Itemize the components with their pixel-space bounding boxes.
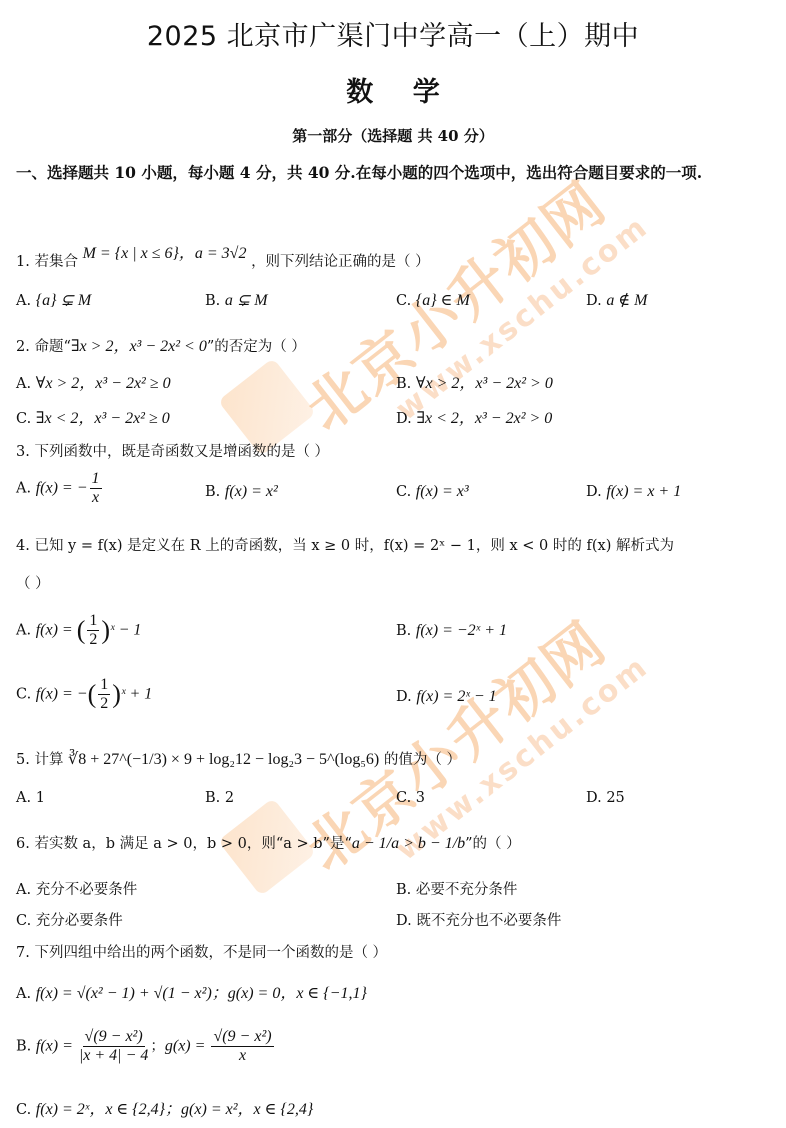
question-number: 2. (16, 339, 30, 355)
q3-option-c: C. f(x) = x³ (396, 483, 469, 501)
option-label: D. (586, 293, 602, 309)
q4-option-b: B. f(x) = −2ˣ + 1 (396, 622, 507, 640)
exam-page: 北京小升初网 www.xschu.com 北京小升初网 www.xschu.co… (0, 0, 786, 1128)
option-label: D. (586, 484, 602, 500)
fraction: 1x (90, 470, 102, 507)
question-stem: 下列四组中给出的两个函数，不是同一个函数的是（ ） (34, 945, 387, 961)
option-math: f(x) = √(x² − 1) + √(1 − x²)；g(x) = 0，x … (36, 985, 367, 1002)
option-label: B. (16, 1039, 31, 1055)
question-7: 7. 下列四组中给出的两个函数，不是同一个函数的是（ ） (16, 941, 387, 962)
option-math: f(x) = x + 1 (606, 483, 681, 500)
q5-option-b: B. 2 (205, 790, 234, 806)
question-stem-prefix: 命题“ (34, 339, 70, 355)
option-label: A. (16, 481, 31, 497)
option-label: A. (16, 376, 31, 392)
option-label: A. (16, 986, 31, 1002)
question-4: 4. 已知 y = f(x) 是定义在 R 上的奇函数，当 x ≥ 0 时，f(… (16, 534, 674, 555)
option-math: f(x) = − (36, 686, 88, 703)
question-stem: 下列函数中，既是奇函数又是增函数的是（ ） (34, 444, 329, 460)
paren-open: ( (88, 680, 97, 709)
option-math-g: g(x) = (165, 1038, 210, 1055)
q3-option-a: A. f(x) = −1x (16, 470, 104, 507)
option-label: C. (16, 913, 31, 929)
q2-option-c: C. ∃x < 2，x³ − 2x² ≥ 0 (16, 405, 170, 428)
option-label: B. (396, 882, 411, 898)
option-label: B. (205, 293, 220, 309)
option-value: 25 (606, 790, 624, 806)
option-label: D. (396, 411, 412, 427)
q4-option-d: D. f(x) = 2ˣ − 1 (396, 688, 497, 706)
option-label: C. (16, 687, 31, 703)
option-math: f(x) = (36, 622, 77, 639)
q5-option-d: D. 25 (586, 790, 625, 806)
q5-option-a: A. 1 (16, 790, 45, 806)
question-number: 4. (16, 538, 30, 554)
question-number: 3. (16, 444, 30, 460)
question-4-blank: （ ） (16, 572, 50, 593)
paren-close: ) (101, 616, 110, 645)
q5-option-c: C. 3 (396, 790, 425, 806)
question-math: ∛8 + 27^(−1/3) × 9 + log₂12 − log₂3 − 5^… (68, 751, 379, 768)
paren-open: ( (77, 616, 86, 645)
option-label: D. (586, 790, 602, 806)
option-math: a ⊊ M (225, 292, 268, 309)
option-label: C. (396, 293, 411, 309)
option-math: f(x) = 2ˣ，x ∈ {2,4}；g(x) = x²，x ∈ {2,4} (36, 1101, 313, 1118)
option-label: B. (205, 484, 220, 500)
q4-option-a: A. f(x) = (12)ˣ − 1 (16, 612, 141, 649)
question-number: 6. (16, 836, 30, 852)
option-label: B. (396, 623, 411, 639)
option-math-f: f(x) = (36, 1038, 77, 1055)
question-3: 3. 下列函数中，既是奇函数又是增函数的是（ ） (16, 440, 329, 461)
question-number: 5. (16, 752, 30, 768)
option-label: D. (396, 913, 412, 929)
fraction-numerator: 1 (98, 676, 110, 695)
fraction-denominator: x (92, 489, 99, 507)
question-stem-prefix: 计算 (34, 752, 63, 768)
fraction-denominator: 2 (100, 695, 108, 713)
fraction: 12 (98, 676, 110, 713)
fraction: 12 (87, 612, 99, 649)
option-label: A. (16, 623, 31, 639)
option-label: C. (16, 411, 31, 427)
option-math: ∃x < 2，x³ − 2x² > 0 (416, 410, 552, 427)
watermark-url: www.xschu.com (389, 209, 655, 428)
option-text: 必要不充分条件 (416, 882, 518, 898)
q6-option-d: D. 既不充分也不必要条件 (396, 909, 561, 930)
option-text: 充分必要条件 (36, 913, 123, 929)
q1-option-a: A. {a} ⊊ M (16, 290, 91, 310)
fraction-numerator: 1 (90, 470, 102, 489)
option-math: f(x) = − (36, 480, 88, 497)
option-math: a ∉ M (606, 292, 647, 309)
question-stem-suffix: ”的否定为（ ） (207, 339, 306, 355)
fraction-denominator: 2 (89, 631, 97, 649)
q7-option-b: B. f(x) = √(9 − x²)|x + 4| − 4；g(x) = √(… (16, 1028, 276, 1065)
option-text: 既不充分也不必要条件 (416, 913, 561, 929)
option-math: f(x) = x³ (416, 483, 469, 500)
option-label: A. (16, 293, 31, 309)
question-stem-suffix: 的值为（ ） (384, 752, 461, 768)
option-label: C. (396, 484, 411, 500)
question-math: ∃x > 2，x³ − 2x² < 0 (71, 338, 207, 355)
q6-option-c: C. 充分必要条件 (16, 909, 123, 930)
q4-option-c: C. f(x) = −(12)ˣ + 1 (16, 676, 152, 713)
option-label: C. (16, 1102, 31, 1118)
option-label: A. (16, 882, 31, 898)
exam-title: 2025 北京市广渠门中学高一（上）期中 (0, 14, 786, 53)
option-math: ∀x > 2，x³ − 2x² > 0 (416, 375, 553, 392)
q6-option-b: B. 必要不充分条件 (396, 878, 517, 899)
question-number: 1. (16, 254, 30, 270)
q3-option-d: D. f(x) = x + 1 (586, 483, 681, 501)
q6-option-a: A. 充分不必要条件 (16, 878, 137, 899)
q2-option-a: A. ∀x > 2，x³ − 2x² ≥ 0 (16, 370, 171, 393)
question-2: 2. 命题“∃x > 2，x³ − 2x² < 0”的否定为（ ） (16, 333, 306, 356)
question-stem-prefix: 若实数 a，b 满足 a > 0，b > 0，则“a > b”是“ (34, 836, 351, 852)
separator: ； (150, 1039, 165, 1055)
option-math: ∃x < 2，x³ − 2x² ≥ 0 (36, 410, 170, 427)
option-math-tail: ˣ + 1 (121, 686, 152, 703)
option-label: A. (16, 790, 31, 806)
q2-option-d: D. ∃x < 2，x³ − 2x² > 0 (396, 405, 552, 428)
option-math: f(x) = −2ˣ + 1 (416, 622, 507, 639)
exam-subject: 数 学 (0, 70, 786, 109)
q3-option-b: B. f(x) = x² (205, 483, 278, 501)
question-stem-suffix: ，则下列结论正确的是（ ） (251, 254, 430, 270)
q2-option-b: B. ∀x > 2，x³ − 2x² > 0 (396, 370, 553, 393)
fraction-numerator: √(9 − x²) (211, 1028, 273, 1047)
q1-option-d: D. a ∉ M (586, 290, 648, 310)
option-math-tail: ˣ − 1 (110, 622, 141, 639)
paren-close: ) (112, 680, 121, 709)
question-stem-prefix: 若集合 (34, 254, 78, 270)
question-6: 6. 若实数 a，b 满足 a > 0，b > 0，则“a > b”是“a − … (16, 832, 521, 853)
question-math: a − 1/a > b − 1/b (352, 835, 465, 852)
question-1: 1. 若集合 M = {x | x ≤ 6}，a = 3√2 ，则下列结论正确的… (16, 248, 430, 271)
question-math: M = {x | x ≤ 6}，a = 3√2 (83, 245, 247, 262)
option-label: B. (205, 790, 220, 806)
question-number: 7. (16, 945, 30, 961)
fraction-denominator: |x + 4| − 4 (79, 1047, 149, 1065)
option-math: {a} ∈ M (416, 292, 470, 309)
q7-option-c: C. f(x) = 2ˣ，x ∈ {2,4}；g(x) = x²，x ∈ {2,… (16, 1096, 313, 1119)
option-math: {a} ⊊ M (36, 292, 92, 309)
fraction-numerator: √(9 − x²) (83, 1028, 145, 1047)
section-instruction: 一、选择题共 10 小题，每小题 4 分，共 40 分.在每小题的四个选项中，选… (16, 155, 776, 191)
fraction-g: √(9 − x²)x (211, 1028, 273, 1065)
option-value: 3 (416, 790, 425, 806)
q7-option-a: A. f(x) = √(x² − 1) + √(1 − x²)；g(x) = 0… (16, 980, 367, 1003)
option-label: B. (396, 376, 411, 392)
option-label: D. (396, 689, 412, 705)
fraction-numerator: 1 (87, 612, 99, 631)
part-heading: 第一部分（选择题 共 40 分） (0, 125, 786, 146)
q1-option-b: B. a ⊊ M (205, 290, 268, 310)
question-stem: 已知 y = f(x) 是定义在 R 上的奇函数，当 x ≥ 0 时，f(x) … (34, 538, 674, 554)
option-label: C. (396, 790, 411, 806)
fraction-f: √(9 − x²)|x + 4| − 4 (79, 1028, 149, 1065)
question-5: 5. 计算 ∛8 + 27^(−1/3) × 9 + log₂12 − log₂… (16, 748, 461, 769)
q1-option-c: C. {a} ∈ M (396, 290, 470, 310)
fraction-denominator: x (239, 1047, 246, 1065)
option-value: 1 (36, 790, 45, 806)
option-math: f(x) = x² (225, 483, 278, 500)
option-value: 2 (225, 790, 234, 806)
option-math: f(x) = 2ˣ − 1 (416, 688, 496, 705)
question-stem-suffix: ”的（ ） (465, 836, 521, 852)
option-math: ∀x > 2，x³ − 2x² ≥ 0 (36, 375, 171, 392)
option-text: 充分不必要条件 (36, 882, 138, 898)
